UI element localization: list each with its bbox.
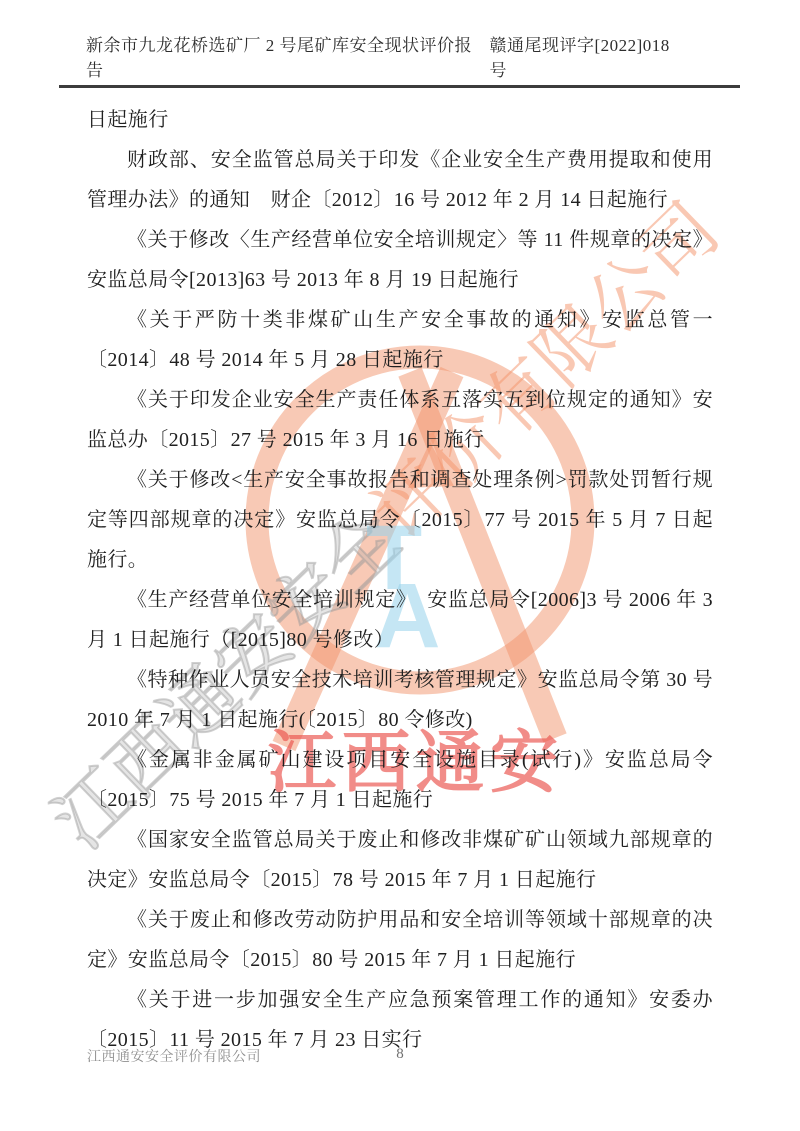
paragraph: 《关于废止和修改劳动防护用品和安全培训等领域十部规章的决定》安监总局令〔2015…: [87, 900, 713, 980]
paragraph: 《特种作业人员安全技术培训考核管理规定》安监总局令第 30 号 2010 年 7…: [87, 660, 713, 740]
paragraph: 《关于印发企业安全生产责任体系五落实五到位规定的通知》安监总办〔2015〕27 …: [87, 380, 713, 460]
header-report-title: 新余市九龙花桥选矿厂 2 号尾矿库安全现状评价报告: [86, 31, 489, 81]
paragraph: 《国家安全监管总局关于废止和修改非煤矿矿山领域九部规章的决定》安监总局令〔201…: [87, 820, 713, 900]
paragraph: 《关于进一步加强安全生产应急预案管理工作的通知》安委办〔2015〕11 号 20…: [87, 980, 713, 1060]
paragraph: 日起施行: [87, 100, 713, 140]
header-divider: [59, 85, 740, 88]
paragraph: 《生产经营单位安全培训规定》 安监总局令[2006]3 号 2006 年 3 月…: [87, 580, 713, 660]
document-page: 江西通安安全评价有限公司 T A 江西通安 新余市九龙花桥选矿厂 2 号尾矿库安…: [0, 0, 800, 1131]
body-paragraphs: 日起施行财政部、安全监管总局关于印发《企业安全生产费用提取和使用管理办法》的通知…: [87, 100, 713, 1060]
page-header: 新余市九龙花桥选矿厂 2 号尾矿库安全现状评价报告 赣通尾现评字[2022]01…: [60, 55, 740, 89]
paragraph: 《关于修改<生产安全事故报告和调查处理条例>罚款处罚暂行规定等四部规章的决定》安…: [87, 460, 713, 580]
paragraph: 财政部、安全监管总局关于印发《企业安全生产费用提取和使用管理办法》的通知 财企〔…: [87, 140, 713, 220]
paragraph: 《金属非金属矿山建设项目安全设施目录(试行)》安监总局令〔2015〕75 号 2…: [87, 740, 713, 820]
paragraph: 《关于修改〈生产经营单位安全培训规定〉等 11 件规章的决定》安监总局令[201…: [87, 220, 713, 300]
paragraph: 《关于严防十类非煤矿山生产安全事故的通知》安监总管一〔2014〕48 号 201…: [87, 300, 713, 380]
header-doc-number: 赣通尾现评字[2022]018 号: [489, 31, 692, 81]
